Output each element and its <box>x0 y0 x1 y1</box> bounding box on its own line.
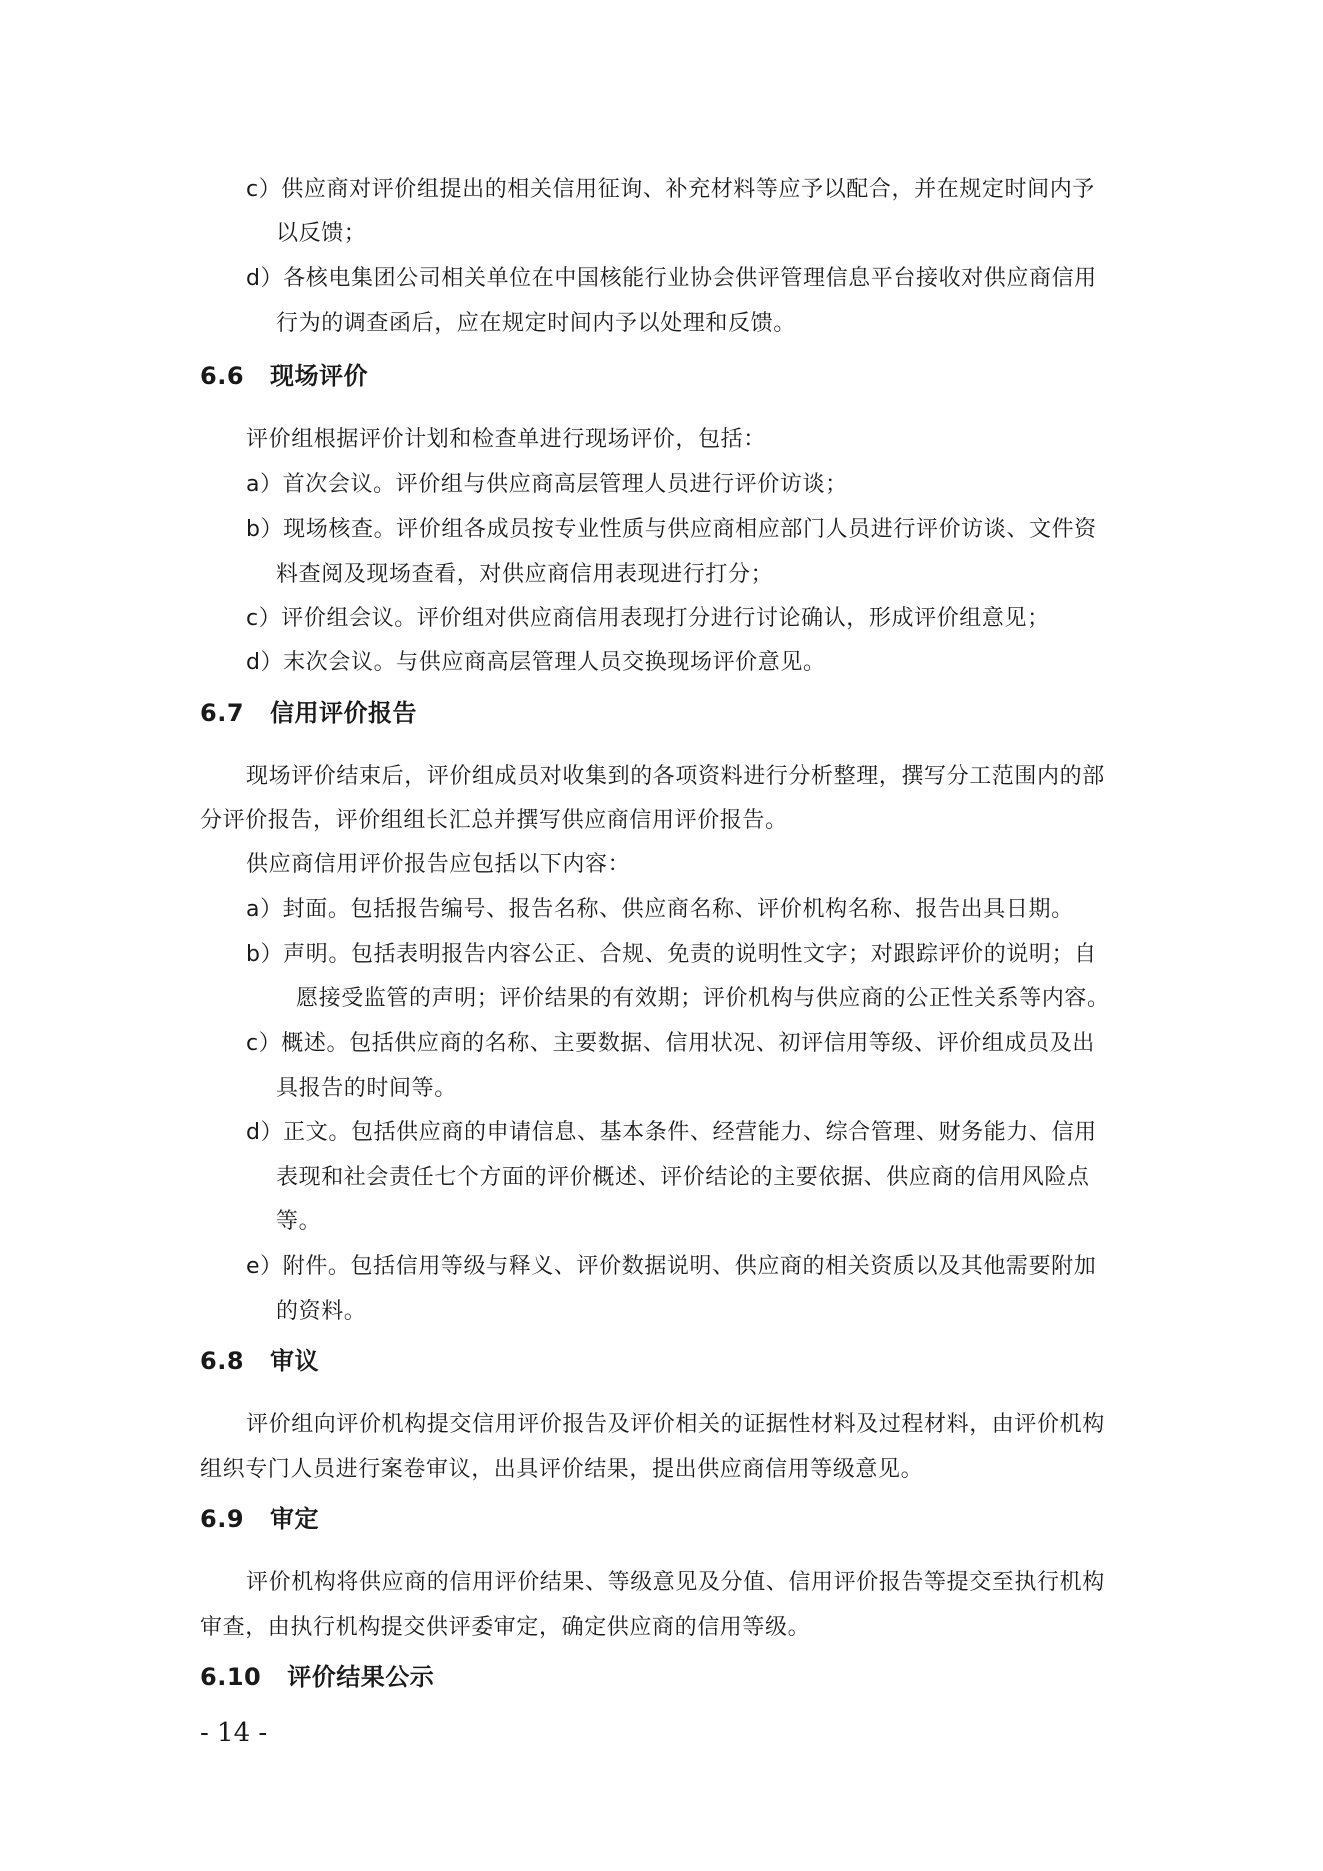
section-number: 6.7 <box>200 697 244 729</box>
paragraph-line1: 现场评价结束后，评价组成员对收集到的各项资料进行分析整理，撰写分工范围内的部 <box>246 762 1105 792</box>
list-item-c-line1: c）供应商对评价组提出的相关信用征询、补充材料等应予以配合，并在规定时间内予 <box>246 175 1095 205</box>
section-title: 信用评价报告 <box>270 699 417 727</box>
list-item-b-line1: b）声明。包括表明报告内容公正、合规、免责的说明性文字；对跟踪评价的说明；自 <box>246 940 1097 970</box>
list-item-d-line1: d）各核电集团公司相关单位在中国核能行业协会供评管理信息平台接收对供应商信用 <box>246 264 1097 294</box>
paragraph: 评价组根据评价计划和检查单进行现场评价，包括： <box>246 425 766 455</box>
section-number: 6.9 <box>200 1503 244 1535</box>
section-number: 6.10 <box>200 1661 261 1693</box>
list-item-e-line1: e）附件。包括信用等级与释义、评价数据说明、供应商的相关资质以及其他需要附加 <box>246 1252 1096 1282</box>
section-number: 6.8 <box>200 1345 244 1377</box>
section-title: 审定 <box>270 1505 319 1533</box>
list-item-b-line1: b）现场核查。评价组各成员按专业性质与供应商相应部门人员进行评价访谈、文件资 <box>246 515 1097 545</box>
list-item-a: a）封面。包括报告编号、报告名称、供应商名称、评价机构名称、报告出具日期。 <box>246 895 1074 925</box>
paragraph-line2: 审查，由执行机构提交供评委审定，确定供应商的信用等级。 <box>200 1613 810 1643</box>
page-number: - 14 - <box>200 1718 267 1748</box>
list-item-d-line1: d）正文。包括供应商的申请信息、基本条件、经营能力、综合管理、财务能力、信用 <box>246 1118 1097 1148</box>
document-page: c）供应商对评价组提出的相关信用征询、补充材料等应予以配合，并在规定时间内予 以… <box>0 0 1323 1871</box>
section-heading-6-10: 6.10评价结果公示 <box>200 1661 434 1693</box>
section-heading-6-6: 6.6现场评价 <box>200 360 368 392</box>
section-title: 现场评价 <box>270 362 368 390</box>
paragraph-line1: 评价机构将供应商的信用评价结果、等级意见及分值、信用评价报告等提交至执行机构 <box>246 1568 1105 1598</box>
section-title: 审议 <box>270 1347 319 1375</box>
list-item-c-line2: 具报告的时间等。 <box>276 1074 457 1104</box>
paragraph-line2: 组织专门人员进行案卷审议，出具评价结果，提出供应商信用等级意见。 <box>200 1455 923 1485</box>
paragraph-line1: 评价组向评价机构提交信用评价报告及评价相关的证据性材料及过程材料，由评价机构 <box>246 1410 1105 1440</box>
list-item-d-line2: 行为的调查函后，应在规定时间内予以处理和反馈。 <box>276 309 796 339</box>
list-item-b-line2: 料查阅及现场查看，对供应商信用表现进行打分； <box>276 560 773 590</box>
paragraph-line2: 分评价报告，评价组组长汇总并撰写供应商信用评价报告。 <box>200 806 788 836</box>
section-heading-6-9: 6.9审定 <box>200 1503 319 1535</box>
list-item-b-line2: 愿接受监管的声明；评价结果的有效期；评价机构与供应商的公正性关系等内容。 <box>296 984 1110 1014</box>
section-number: 6.6 <box>200 360 244 392</box>
section-heading-6-7: 6.7信用评价报告 <box>200 697 417 729</box>
list-item-d-line3: 等。 <box>276 1207 321 1237</box>
list-item-c-line1: c）概述。包括供应商的名称、主要数据、信用状况、初评信用等级、评价组成员及出 <box>246 1029 1095 1059</box>
list-item-c: c）评价组会议。评价组对供应商信用表现打分进行讨论确认，形成评价组意见； <box>246 604 1050 634</box>
paragraph: 供应商信用评价报告应包括以下内容： <box>246 850 630 880</box>
list-item-d: d）末次会议。与供应商高层管理人员交换现场评价意见。 <box>246 648 826 678</box>
list-item-c-line2: 以反馈； <box>276 219 366 249</box>
list-item-a: a）首次会议。评价组与供应商高层管理人员进行评价访谈； <box>246 470 848 500</box>
list-item-d-line2: 表现和社会责任七个方面的评价概述、评价结论的主要依据、供应商的信用风险点 <box>276 1163 1090 1193</box>
section-title: 评价结果公示 <box>287 1663 434 1691</box>
list-item-e-line2: 的资料。 <box>276 1297 366 1327</box>
section-heading-6-8: 6.8审议 <box>200 1345 319 1377</box>
